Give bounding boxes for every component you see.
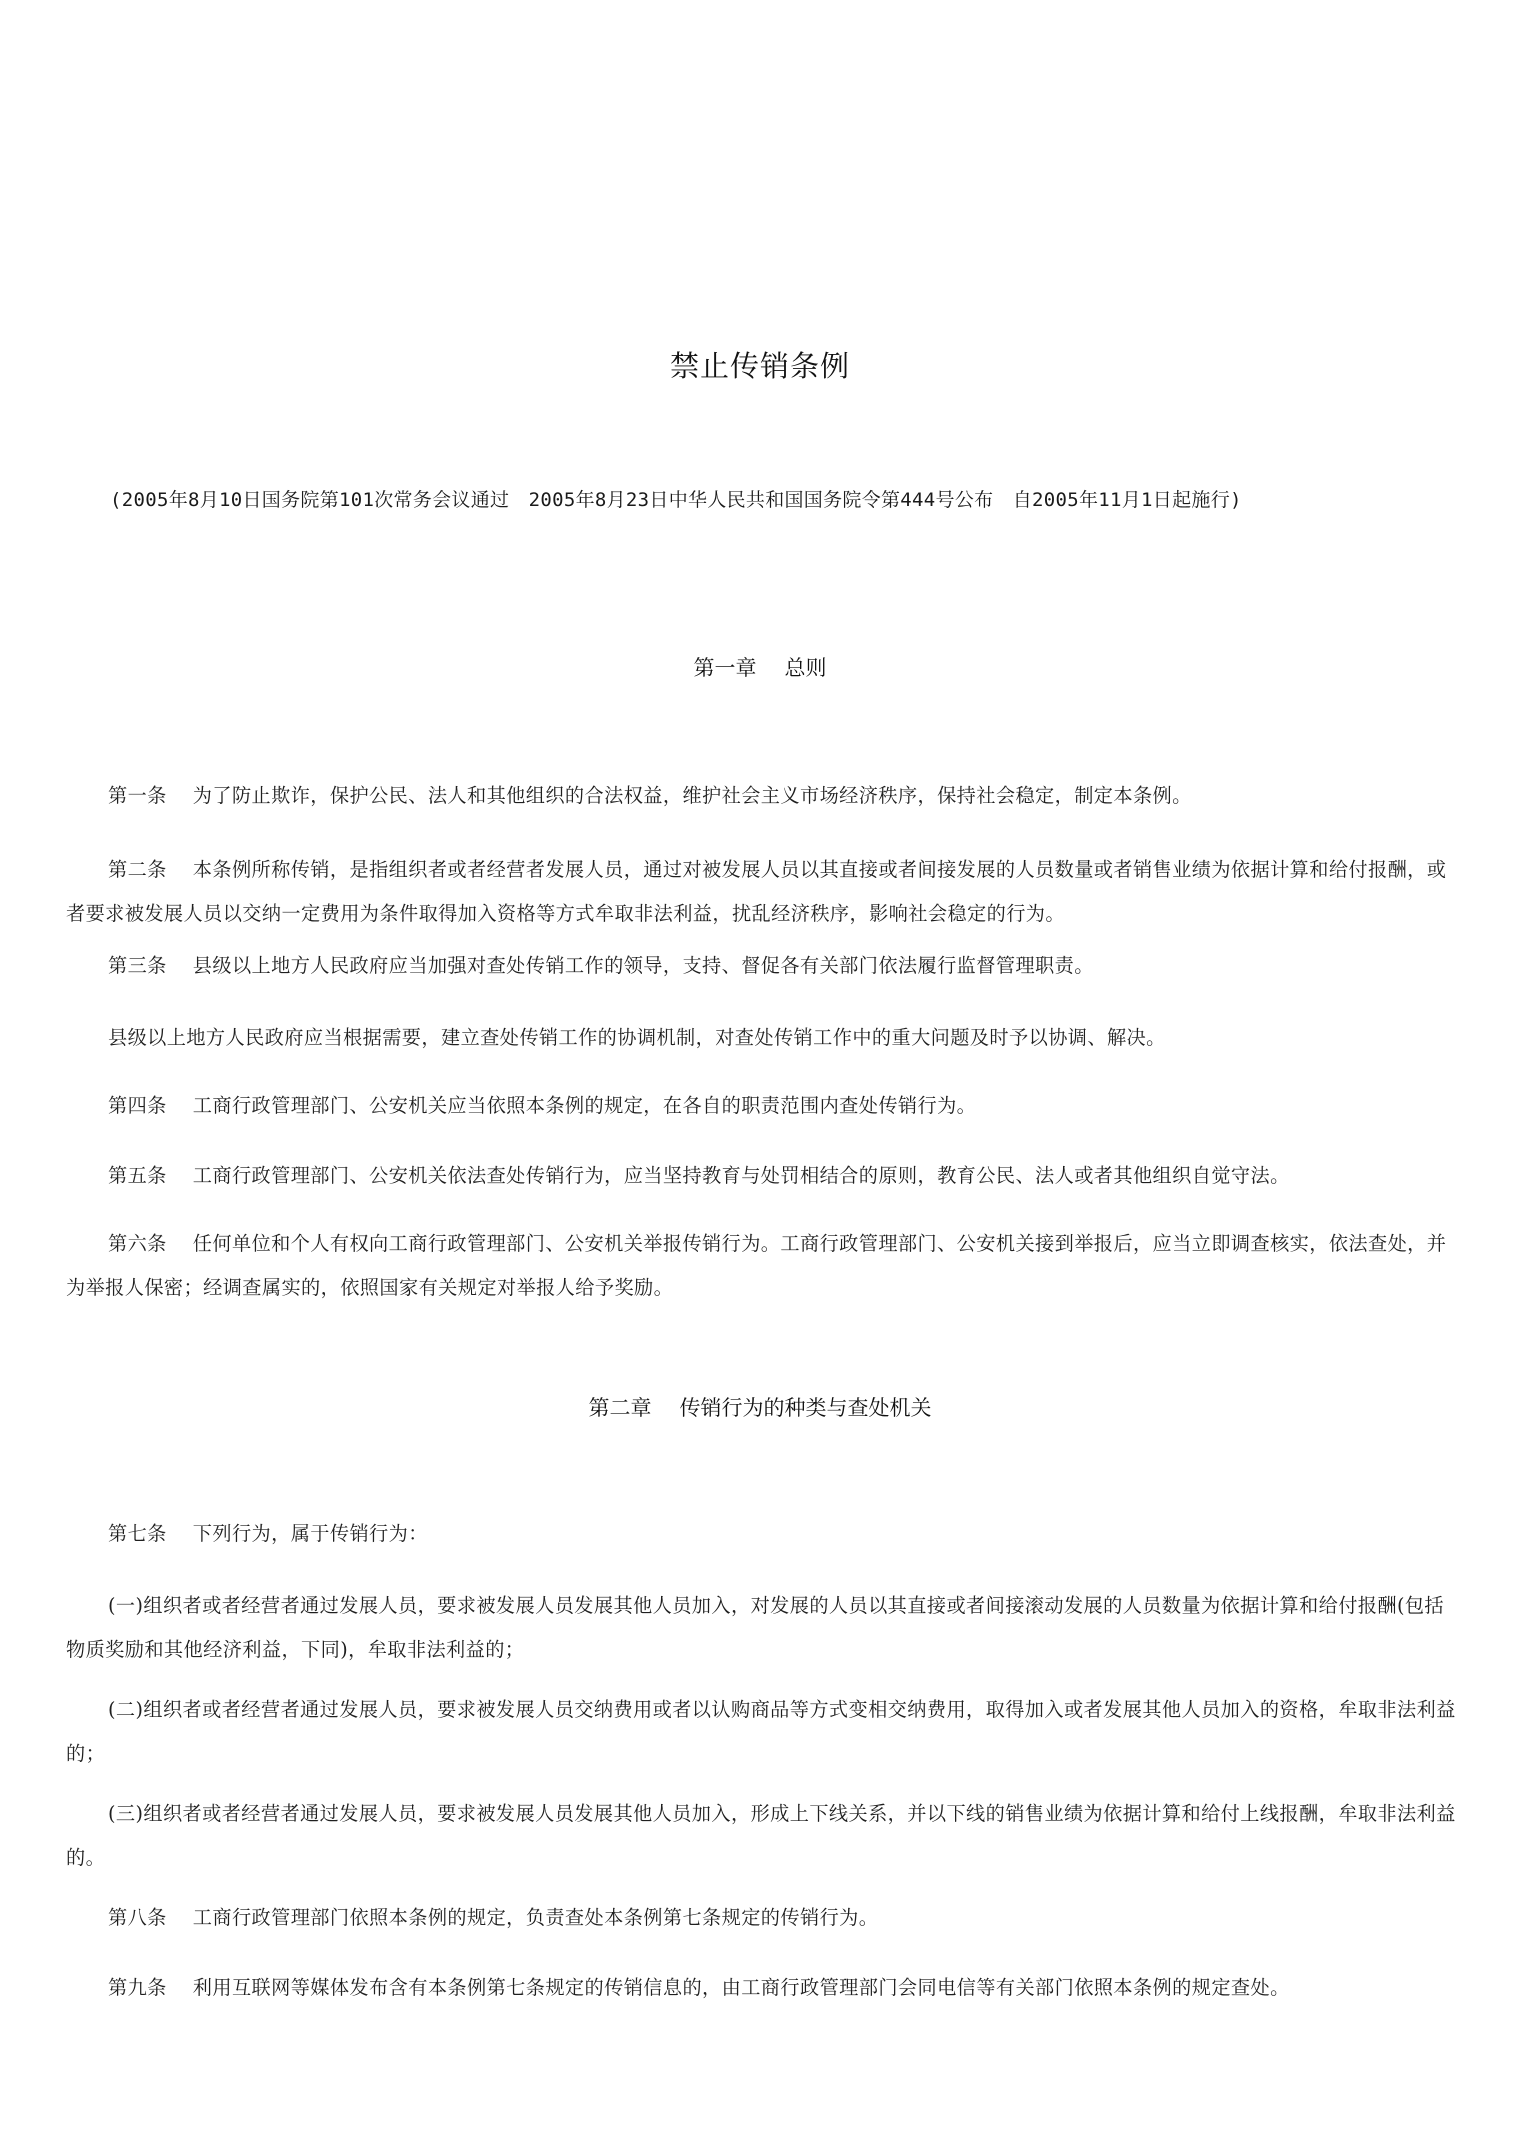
article-text: 任何单位和个人有权向工商行政管理部门、公安机关举报传销行为。工商行政管理部门、公… <box>66 1232 1446 1299</box>
adoption-note: (2005年8月10日国务院第101次常务会议通过 2005年8月23日中华人民… <box>66 478 1456 522</box>
article-paragraph: 第七条下列行为，属于传销行为： <box>66 1512 1460 1556</box>
article-text: 县级以上地方人民政府应当加强对查处传销工作的领导，支持、督促各有关部门依法履行监… <box>193 954 1094 977</box>
chapter-heading-1: 第一章总则 <box>0 652 1520 682</box>
article-paragraph: 第五条工商行政管理部门、公安机关依法查处传销行为，应当坚持教育与处罚相结合的原则… <box>66 1154 1460 1198</box>
article-text: 利用互联网等媒体发布含有本条例第七条规定的传销信息的，由工商行政管理部门会同电信… <box>193 1976 1290 1999</box>
article-text: 工商行政管理部门、公安机关应当依照本条例的规定，在各自的职责范围内查处传销行为。 <box>193 1094 977 1117</box>
article-paragraph: 第一条为了防止欺诈，保护公民、法人和其他组织的合法权益，维护社会主义市场经济秩序… <box>66 774 1460 818</box>
article-number: 第七条 <box>108 1522 167 1545</box>
article-text: (三)组织者或者经营者通过发展人员，要求被发展人员发展其他人员加入，形成上下线关… <box>66 1802 1456 1869</box>
article-number: 第五条 <box>108 1164 167 1187</box>
article-paragraph: 第九条利用互联网等媒体发布含有本条例第七条规定的传销信息的，由工商行政管理部门会… <box>66 1966 1460 2010</box>
article-text: 工商行政管理部门、公安机关依法查处传销行为，应当坚持教育与处罚相结合的原则，教育… <box>193 1164 1290 1187</box>
article-number: 第八条 <box>108 1906 167 1929</box>
article-paragraph: 第八条工商行政管理部门依照本条例的规定，负责查处本条例第七条规定的传销行为。 <box>66 1896 1460 1940</box>
article-number: 第四条 <box>108 1094 167 1117</box>
article-text: 为了防止欺诈，保护公民、法人和其他组织的合法权益，维护社会主义市场经济秩序，保持… <box>193 784 1192 807</box>
chapter-title: 传销行为的种类与查处机关 <box>680 1396 932 1420</box>
article-text: (二)组织者或者经营者通过发展人员，要求被发展人员交纳费用或者以认购商品等方式变… <box>66 1698 1456 1765</box>
article-text: 本条例所称传销，是指组织者或者经营者发展人员，通过对被发展人员以其直接或者间接发… <box>66 858 1446 925</box>
article-number: 第一条 <box>108 784 167 807</box>
chapter-title: 总则 <box>785 656 827 680</box>
chapter-number: 第一章 <box>694 656 757 680</box>
chapter-number: 第二章 <box>589 1396 652 1420</box>
article-paragraph: 第三条县级以上地方人民政府应当加强对查处传销工作的领导，支持、督促各有关部门依法… <box>66 944 1460 988</box>
list-item: (一)组织者或者经营者通过发展人员，要求被发展人员发展其他人员加入，对发展的人员… <box>66 1584 1460 1672</box>
article-number: 第九条 <box>108 1976 167 1999</box>
article-paragraph: 第二条本条例所称传销，是指组织者或者经营者发展人员，通过对被发展人员以其直接或者… <box>66 848 1460 936</box>
article-paragraph: 县级以上地方人民政府应当根据需要，建立查处传销工作的协调机制，对查处传销工作中的… <box>66 1016 1460 1060</box>
article-text: 工商行政管理部门依照本条例的规定，负责查处本条例第七条规定的传销行为。 <box>193 1906 879 1929</box>
article-paragraph: 第四条工商行政管理部门、公安机关应当依照本条例的规定，在各自的职责范围内查处传销… <box>66 1084 1460 1128</box>
article-text: (一)组织者或者经营者通过发展人员，要求被发展人员发展其他人员加入，对发展的人员… <box>66 1594 1444 1661</box>
chapter-heading-2: 第二章传销行为的种类与查处机关 <box>0 1392 1520 1422</box>
list-item: (二)组织者或者经营者通过发展人员，要求被发展人员交纳费用或者以认购商品等方式变… <box>66 1688 1460 1776</box>
article-number: 第二条 <box>108 858 167 881</box>
article-number: 第六条 <box>108 1232 167 1255</box>
list-item: (三)组织者或者经营者通过发展人员，要求被发展人员发展其他人员加入，形成上下线关… <box>66 1792 1460 1880</box>
document-title: 禁止传销条例 <box>0 344 1520 385</box>
article-paragraph: 第六条任何单位和个人有权向工商行政管理部门、公安机关举报传销行为。工商行政管理部… <box>66 1222 1460 1310</box>
document-page: 禁止传销条例 (2005年8月10日国务院第101次常务会议通过 2005年8月… <box>0 0 1520 2150</box>
article-text: 下列行为，属于传销行为： <box>193 1522 428 1545</box>
article-number: 第三条 <box>108 954 167 977</box>
article-text: 县级以上地方人民政府应当根据需要，建立查处传销工作的协调机制，对查处传销工作中的… <box>108 1026 1166 1049</box>
